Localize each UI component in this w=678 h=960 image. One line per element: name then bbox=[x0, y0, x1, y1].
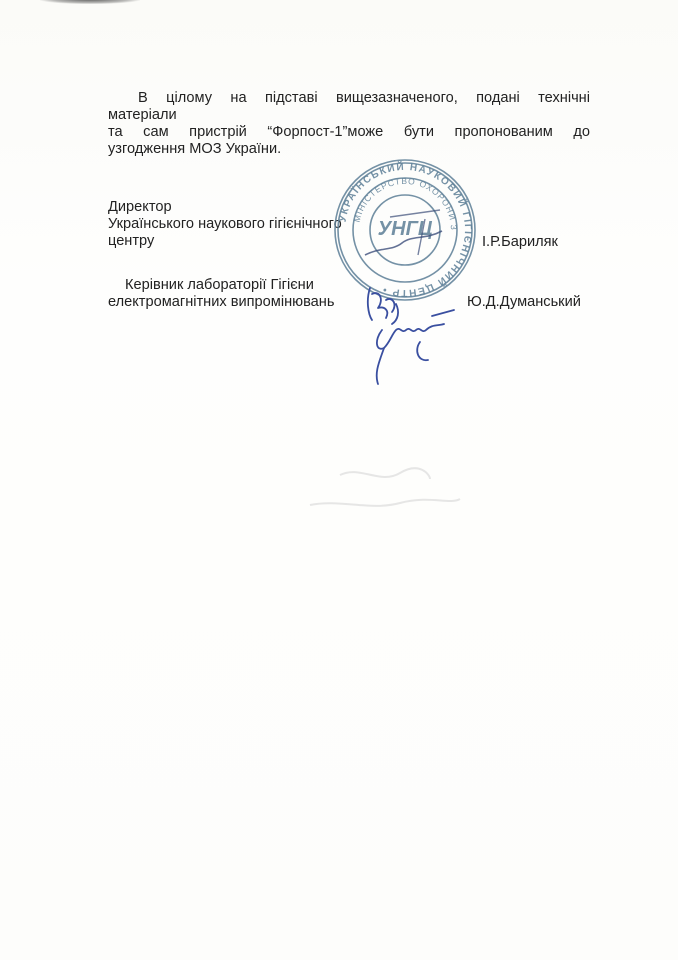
lab-head-name: Ю.Д.Думанський bbox=[467, 294, 581, 310]
title-line: Керівник лабораторії Гігієни bbox=[108, 277, 334, 294]
scan-edge-shadow bbox=[40, 0, 140, 4]
lab-head-title: Керівник лабораторії Гігієни електромагн… bbox=[108, 277, 334, 311]
document-page: В цілому на підставі вищезазначеного, по… bbox=[0, 0, 678, 960]
paragraph-line: матеріали bbox=[108, 107, 590, 124]
conclusion-paragraph: В цілому на підставі вищезазначеного, по… bbox=[108, 90, 590, 158]
title-line: електромагнітних випромінювань bbox=[108, 294, 334, 311]
title-line: центру bbox=[108, 233, 342, 250]
director-name: І.Р.Бариляк bbox=[482, 234, 558, 250]
paragraph-line: В цілому на підставі вищезазначеного, по… bbox=[108, 90, 590, 107]
director-title: Директор Українського наукового гігієніч… bbox=[108, 199, 342, 250]
faint-bleed-through-marks bbox=[300, 455, 500, 535]
title-line: Українського наукового гігієнічного bbox=[108, 216, 342, 233]
paragraph-line: та сам пристрій “Форпост-1”може бути про… bbox=[108, 124, 590, 141]
title-line: Директор bbox=[108, 199, 342, 216]
signature-icon bbox=[362, 280, 472, 390]
